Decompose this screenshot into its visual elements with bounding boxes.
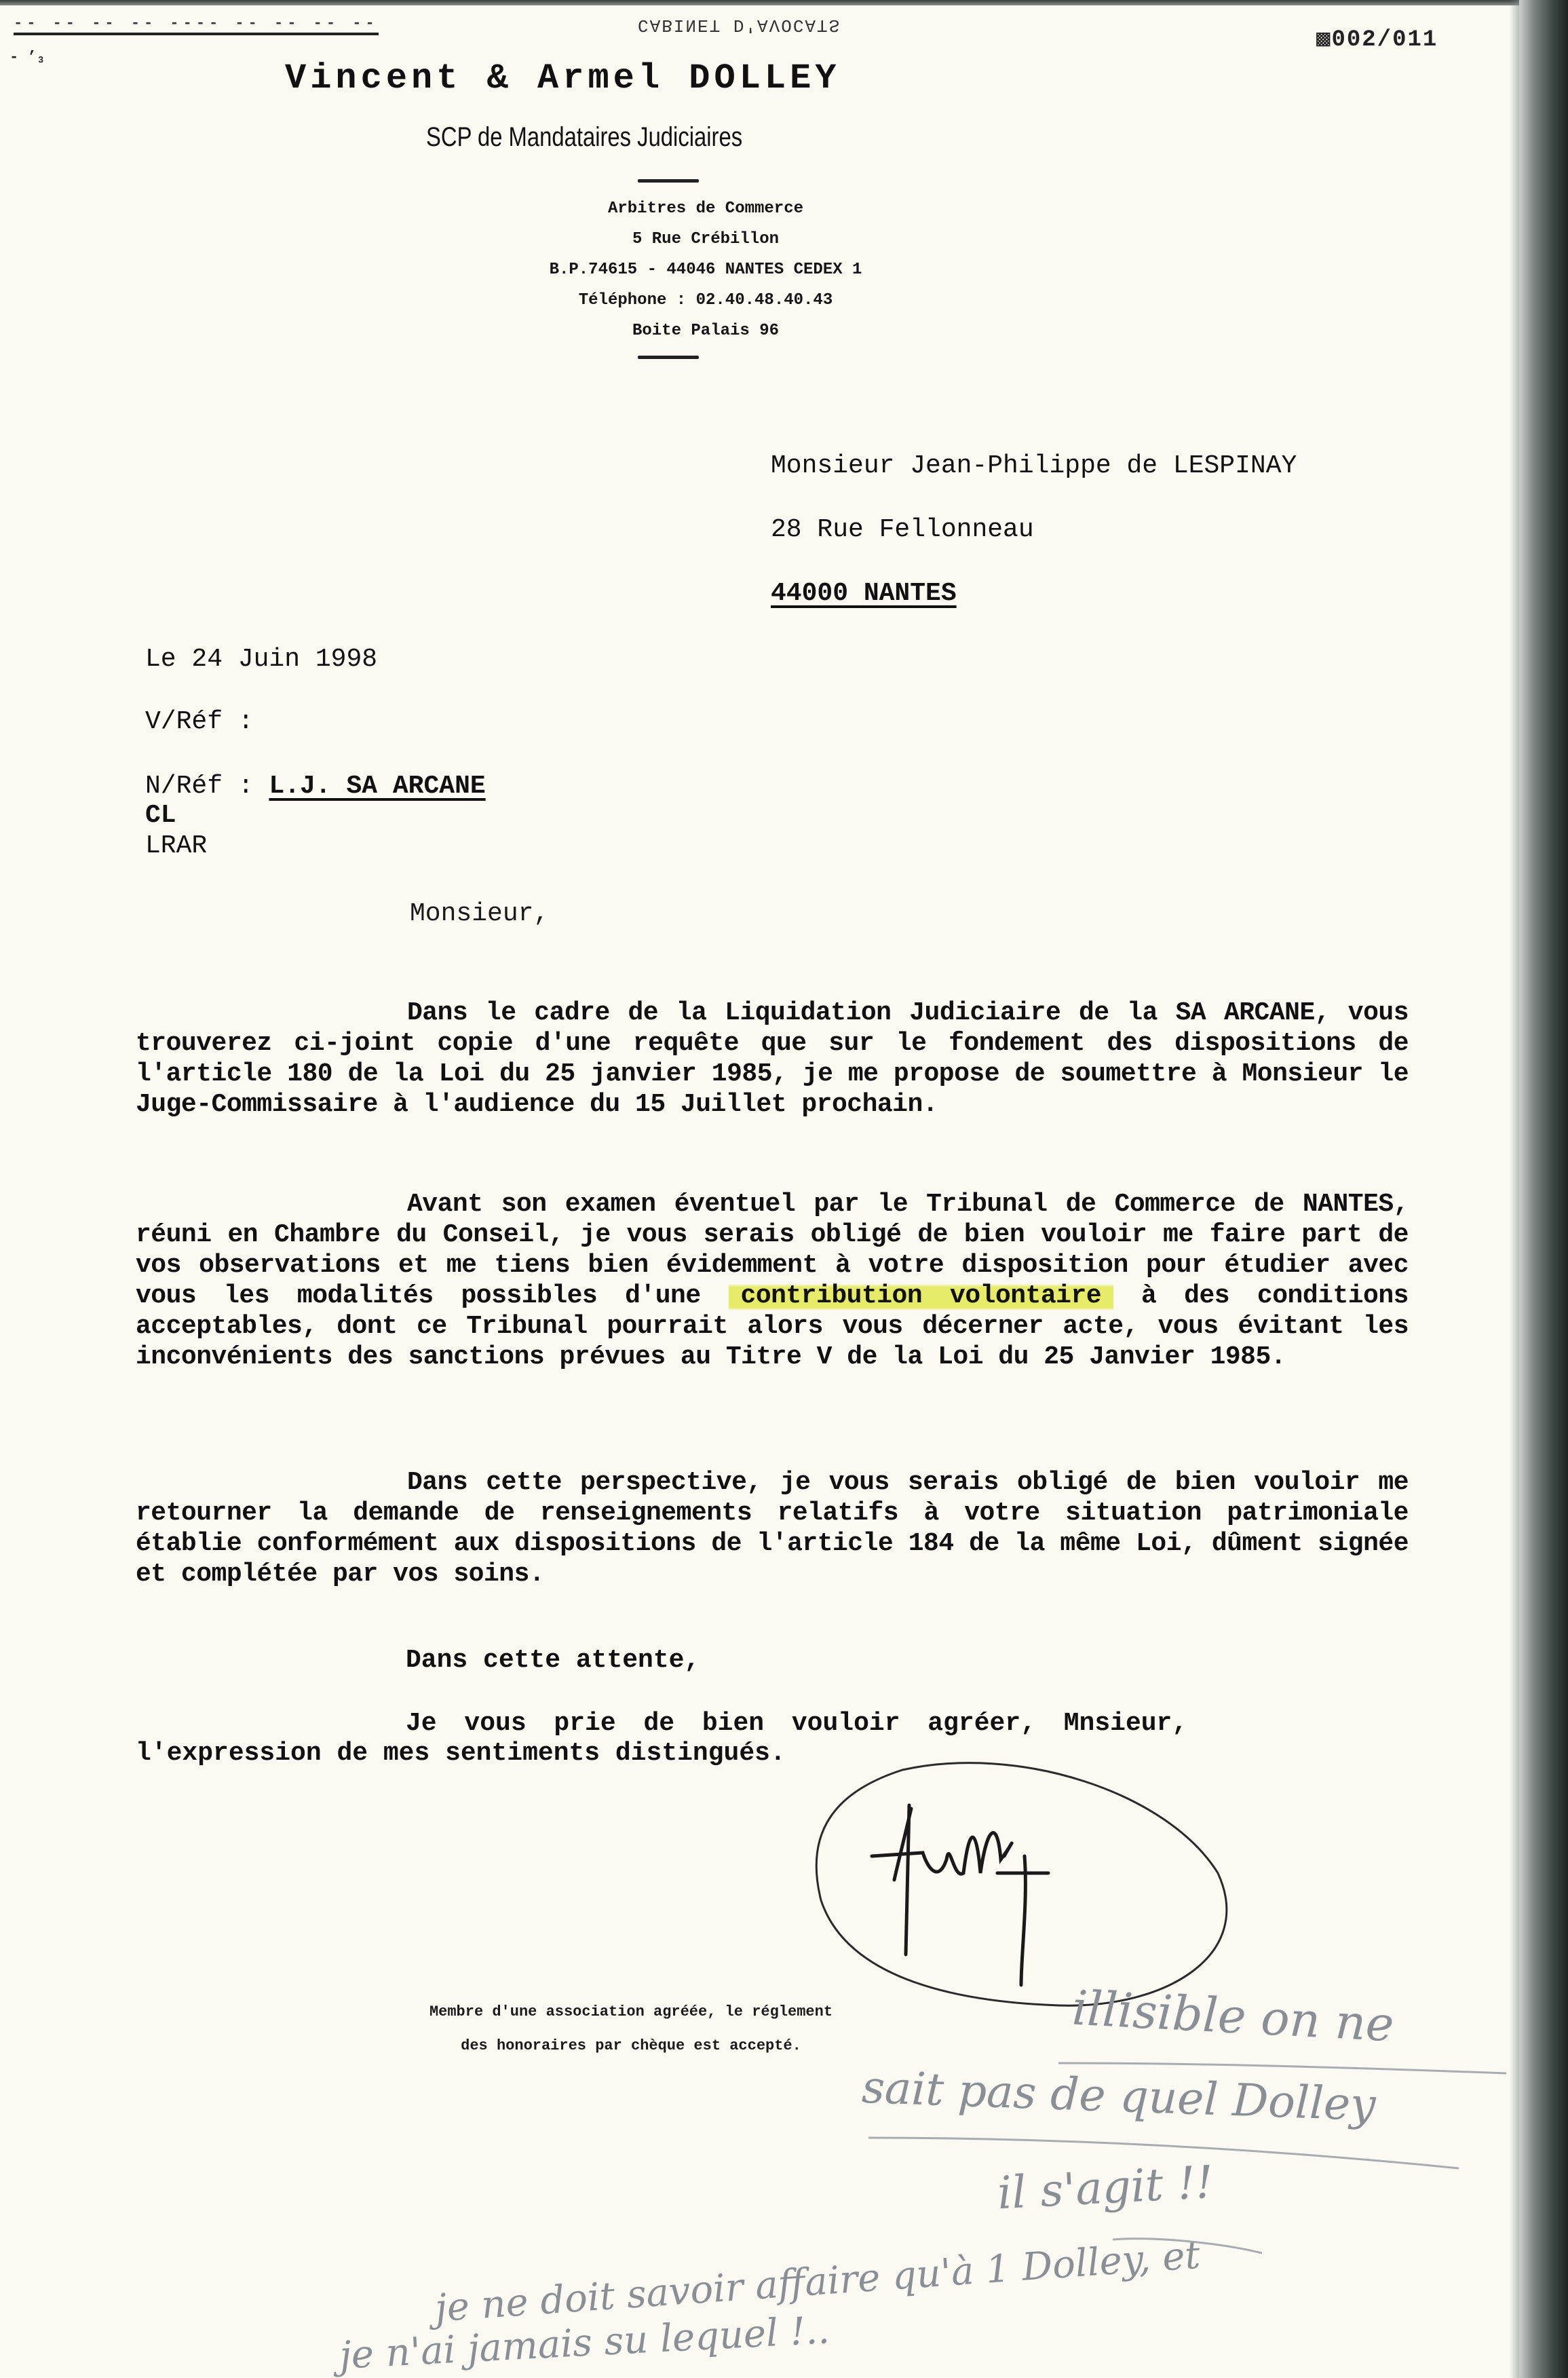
paragraph-1: Dans le cadre de la Liquidation Judiciai… — [136, 998, 1409, 1120]
margin-mark: - ’₃ — [9, 49, 45, 66]
firm-postal: B.P.74615 - 44046 NANTES CEDEX 1 — [475, 254, 936, 285]
handwritten-note-1-line-3: il s'agit !! — [996, 2156, 1215, 2220]
firm-street: 5 Rue Crébillon — [475, 224, 936, 254]
letterhead-rule-top — [638, 179, 699, 183]
firm-name: Vincent & Armel DOLLEY — [285, 58, 841, 98]
scan-top-edge — [0, 0, 1568, 5]
footer-line-2: des honoraires par chèque est accepté. — [366, 2029, 896, 2063]
firm-activity: Arbitres de Commerce — [475, 193, 936, 224]
closing-line-2: Je vous prie de bien vouloir agréer, Mns… — [406, 1709, 1187, 1738]
recipient-street: 28 Rue Fellonneau — [771, 498, 1297, 562]
handwritten-note-1-line-2: sait pas de quel Dolley — [861, 2061, 1377, 2131]
handwritten-note-1-line-1: illisible on ne — [1071, 1980, 1395, 2053]
fax-sender-label: CABINET D'AVOCATS — [638, 15, 841, 35]
our-reference-label: N/Réf : — [145, 772, 269, 801]
our-reference: N/Réf : L.J. SA ARCANE — [145, 772, 486, 801]
closing-line-3: l'expression de mes sentiments distingué… — [136, 1739, 786, 1768]
firm-phone: Téléphone : 02.40.48.40.43 — [475, 285, 936, 316]
signature-circle-icon — [816, 1763, 1227, 2006]
firm-address: Arbitres de Commerce 5 Rue Crébillon B.P… — [475, 193, 936, 346]
initials: CL — [145, 801, 176, 830]
signature-icon — [872, 1805, 1048, 1985]
delivery-mode: LRAR — [145, 831, 207, 861]
highlighted-phrase: contribution volontaire — [729, 1281, 1114, 1310]
letterhead-rule-bottom — [638, 356, 699, 359]
footer-line-1: Membre d'une association agréée, le régl… — [366, 1995, 896, 2029]
scan-right-edge — [1519, 0, 1568, 2378]
firm-box: Boite Palais 96 — [475, 316, 936, 346]
our-reference-value: L.J. SA ARCANE — [269, 772, 485, 801]
fax-transmission-strip: -- -- -- -- ---- -- -- -- -- — [14, 15, 379, 32]
your-reference: V/Réf : — [145, 707, 254, 736]
closing-line-1: Dans cette attente, — [406, 1646, 700, 1675]
footer-note: Membre d'une association agréée, le régl… — [366, 1995, 896, 2063]
recipient-name: Monsieur Jean-Philippe de LESPINAY — [771, 434, 1297, 498]
paragraph-3: Dans cette perspective, je vous serais o… — [136, 1467, 1409, 1589]
recipient-city: 44000 NANTES — [771, 562, 1297, 626]
paragraph-1-text: Dans le cadre de la Liquidation Judiciai… — [136, 998, 1409, 1119]
letter-date: Le 24 Juin 1998 — [145, 645, 377, 674]
paragraph-2: Avant son examen éventuel par le Tribuna… — [136, 1189, 1409, 1372]
firm-subtitle: SCP de Mandataires Judiciaires — [426, 122, 742, 153]
paragraph-3-text: Dans cette perspective, je vous serais o… — [136, 1468, 1409, 1589]
salutation: Monsieur, — [410, 899, 549, 928]
fax-page-counter: ▩002/011 — [1316, 24, 1438, 53]
recipient-address: Monsieur Jean-Philippe de LESPINAY 28 Ru… — [771, 434, 1297, 626]
